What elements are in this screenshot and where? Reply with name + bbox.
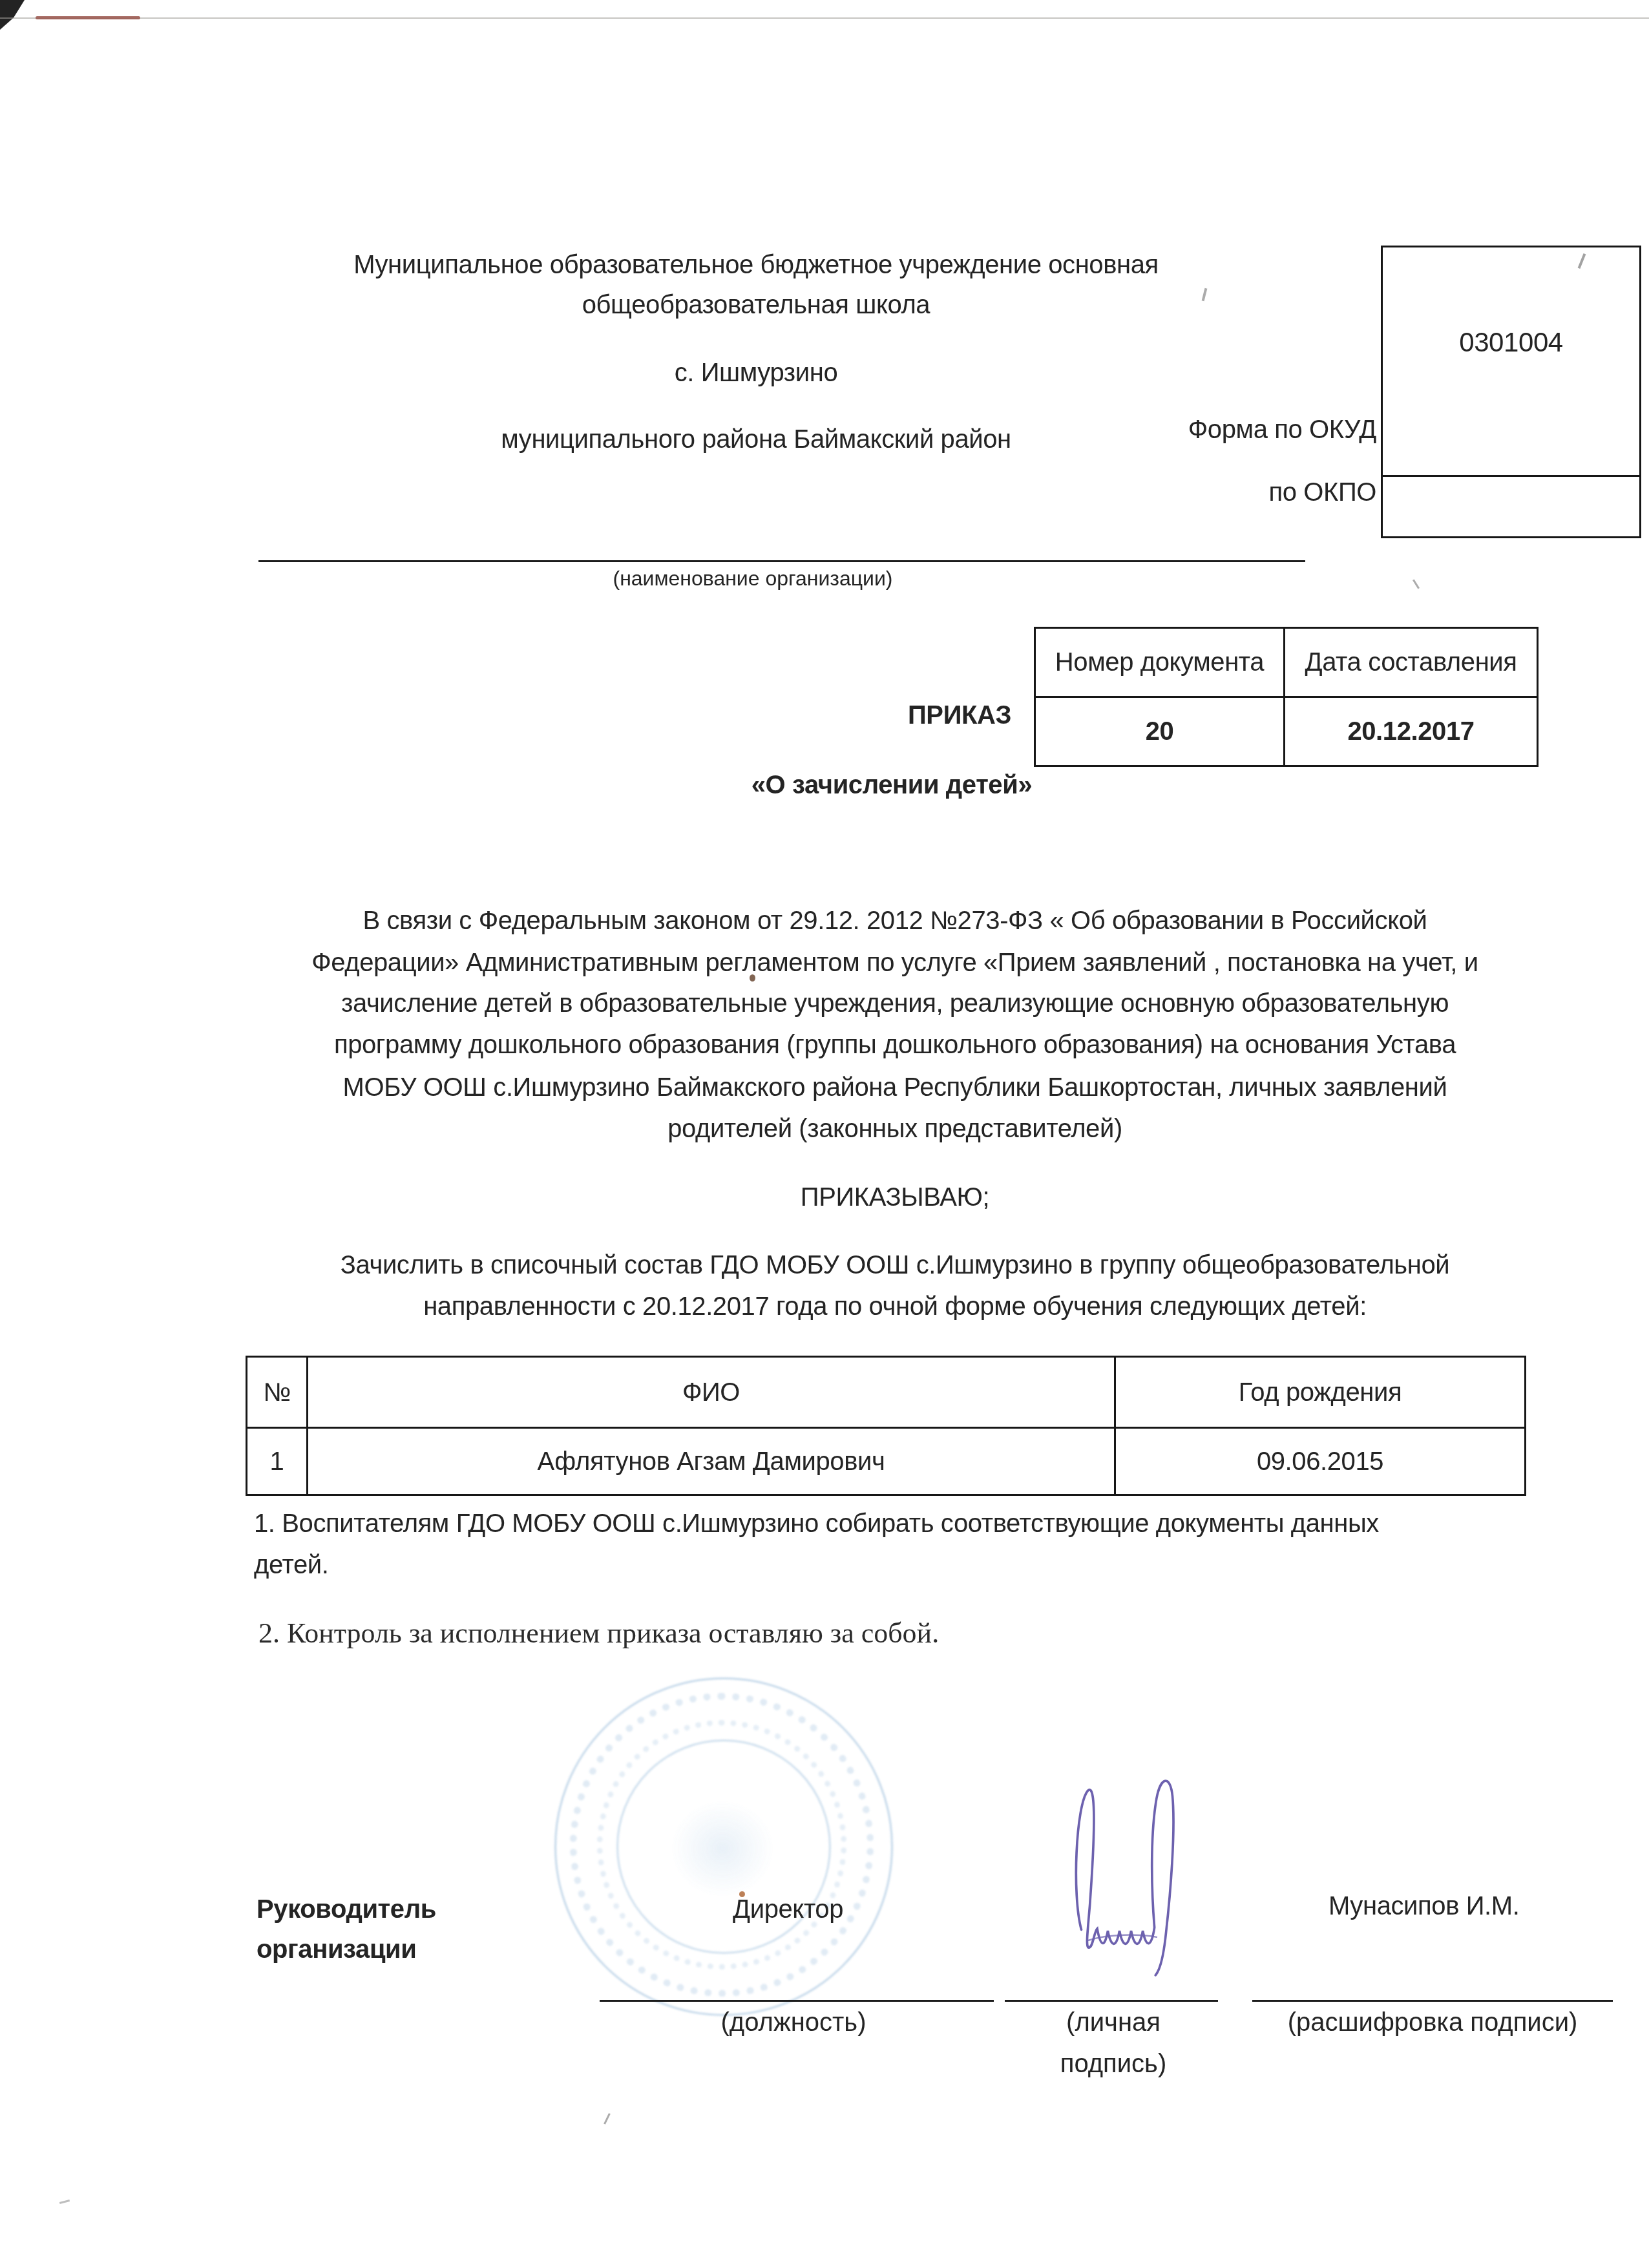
order-label: ПРИКАЗ xyxy=(908,700,1011,731)
order-table-header-number: Номер документа xyxy=(1036,629,1285,698)
order-number-value: 20 xyxy=(1036,698,1285,765)
children-table-row-number: 1 xyxy=(247,1429,308,1494)
body-paragraph-line: Федерации» Административным регламентом … xyxy=(271,947,1518,978)
okud-code-value: 0301004 xyxy=(1381,327,1641,358)
children-table-header-name: ФИО xyxy=(308,1358,1116,1429)
personal-signature-caption-line-2: подпись) xyxy=(1016,2048,1210,2079)
document-title: «О зачислении детей» xyxy=(646,770,1137,801)
scan-corner-artifact xyxy=(0,0,25,30)
position-value: Директор xyxy=(733,1894,843,1925)
children-table-row-birth: 09.06.2015 xyxy=(1116,1429,1524,1494)
position-caption: (должность) xyxy=(664,2007,923,2038)
org-name-caption: (наименование организации) xyxy=(258,565,1247,591)
children-table-row-name: Афлятунов Агзам Дамирович xyxy=(308,1429,1116,1494)
enroll-line: направленности с 20.12.2017 года по очно… xyxy=(271,1291,1518,1322)
handwritten-signature xyxy=(1052,1772,1202,1984)
body-paragraph-line: программу дошкольного образования (групп… xyxy=(271,1029,1518,1060)
okud-box-divider xyxy=(1381,475,1641,477)
org-name-line-1: Муниципальное образовательное бюджетное … xyxy=(258,249,1254,280)
order-date-value: 20.12.2017 xyxy=(1285,698,1537,765)
position-underline xyxy=(600,2000,994,2002)
stamp-emblem xyxy=(671,1800,774,1897)
order-number-date-table: Номер документа Дата составления 20 20.1… xyxy=(1034,627,1539,767)
children-table-header-birth: Год рождения xyxy=(1116,1358,1524,1429)
personal-signature-underline xyxy=(1005,2000,1218,2002)
item-1-line: 1. Воспитателям ГДО МОБУ ООШ с.Ишмурзино… xyxy=(254,1508,1379,1539)
transcript-caption: (расшифровка подписи) xyxy=(1252,2007,1613,2038)
enroll-line: Зачислить в списочный состав ГДО МОБУ ОО… xyxy=(271,1250,1518,1281)
scan-red-streak-artifact xyxy=(36,16,140,19)
org-name-underline xyxy=(258,560,1305,562)
scan-speck xyxy=(604,2113,611,2124)
body-paragraph-line: зачисление детей в образовательные учреж… xyxy=(271,988,1518,1019)
prikazyvayu-line: ПРИКАЗЫВАЮ; xyxy=(271,1182,1518,1213)
body-paragraph-line: В связи с Федеральным законом от 29.12. … xyxy=(271,905,1518,936)
children-table-header-number: № xyxy=(247,1358,308,1429)
order-table-header-date: Дата составления xyxy=(1285,629,1537,698)
okpo-label: по ОКПО xyxy=(1034,477,1376,508)
signatory-role-line-1: Руководитель xyxy=(257,1894,436,1925)
org-name-line-2: общеобразовательная школа xyxy=(258,289,1254,320)
scan-line-artifact xyxy=(0,17,1649,19)
item-1-line: детей. xyxy=(254,1549,328,1580)
scan-speck xyxy=(1413,579,1420,589)
okud-form-label: Форма по ОКУД xyxy=(1034,414,1376,445)
scan-speck xyxy=(59,2200,70,2204)
item-2-line: 2. Контроль за исполнением приказа остав… xyxy=(258,1617,939,1650)
transcript-underline xyxy=(1252,2000,1613,2002)
signatory-role-line-2: организации xyxy=(257,1934,417,1965)
signatory-name: Мунасипов И.М. xyxy=(1329,1891,1519,1922)
personal-signature-caption-line-1: (личная xyxy=(1016,2007,1210,2038)
org-name-line-3: с. Ишмурзино xyxy=(258,357,1254,388)
okud-code-box xyxy=(1381,246,1641,538)
body-paragraph-line: родителей (законных представителей) xyxy=(271,1113,1518,1144)
scanned-document-page: Муниципальное образовательное бюджетное … xyxy=(0,0,1649,2268)
body-paragraph-line: МОБУ ООШ с.Ишмурзино Баймакского района … xyxy=(271,1072,1518,1103)
children-table: № ФИО Год рождения 1 Афлятунов Агзам Дам… xyxy=(246,1356,1526,1496)
round-stamp xyxy=(554,1677,893,2016)
